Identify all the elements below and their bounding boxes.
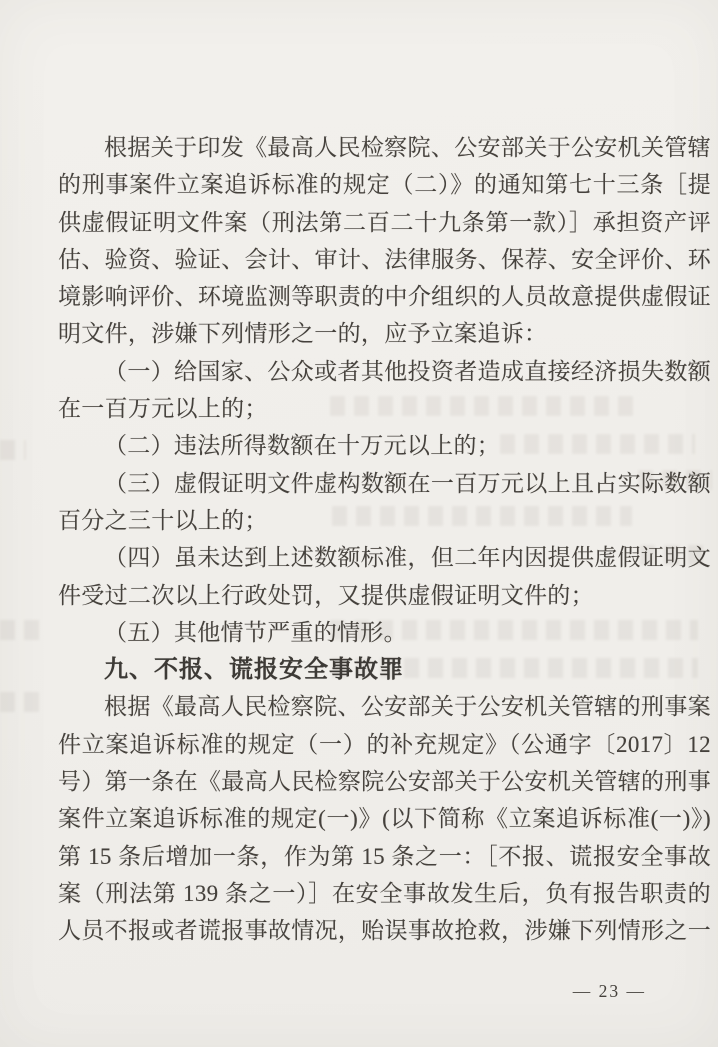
- text-line: 的刑事案件立案追诉标准的规定（二）》的通知第七十三条［提: [58, 166, 711, 203]
- text-line: 案件立案追诉标准的规定(一)》(以下简称《立案追诉标准(一)》): [58, 800, 711, 837]
- text-line: 根据关于印发《最高人民检察院、公安部关于公安机关管辖: [58, 129, 711, 166]
- text-line: 境影响评价、环境监测等职责的中介组织的人员故意提供虚假证: [58, 278, 711, 315]
- section-heading: 九、不报、谎报安全事故罪: [58, 651, 711, 688]
- bleedthrough-artifact: [0, 440, 26, 460]
- text-line: （二）违法所得数额在十万元以上的；: [58, 427, 711, 464]
- text-line: 案（刑法第 139 条之一）］在安全事故发生后，负有报告职责的: [58, 875, 711, 912]
- text-line: 百分之三十以上的；: [58, 502, 711, 539]
- text-line: 根据《最高人民检察院、公安部关于公安机关管辖的刑事案: [58, 688, 711, 725]
- text-line: 件立案追诉标准的规定（一）的补充规定》（公通字〔2017〕12: [58, 726, 711, 763]
- text-line: 在一百万元以上的；: [58, 390, 711, 427]
- text-line: 第 15 条后增加一条，作为第 15 条之一：［不报、谎报安全事故: [58, 838, 711, 875]
- bleedthrough-artifact: [0, 620, 42, 640]
- text-line: 人员不报或者谎报事故情况，贻误事故抢救，涉嫌下列情形之一: [58, 912, 711, 949]
- text-line: 号）第一条在《最高人民检察院公安部关于公安机关管辖的刑事: [58, 763, 711, 800]
- text-line: （一）给国家、公众或者其他投资者造成直接经济损失数额: [58, 353, 711, 390]
- text-line: （四）虽未达到上述数额标准，但二年内因提供虚假证明文: [58, 539, 711, 576]
- page-number: — 23 —: [573, 981, 646, 1002]
- document-text: 根据关于印发《最高人民检察院、公安部关于公安机关管辖的刑事案件立案追诉标准的规定…: [58, 129, 711, 950]
- text-line: 供虚假证明文件案（刑法第二百二十九条第一款）］承担资产评: [58, 204, 711, 241]
- text-line: （五）其他情节严重的情形。: [58, 614, 711, 651]
- bleedthrough-artifact: [0, 692, 40, 712]
- text-line: 估、验资、验证、会计、审计、法律服务、保荐、安全评价、环: [58, 241, 711, 278]
- text-line: （三）虚假证明文件虚构数额在一百万元以上且占实际数额: [58, 465, 711, 502]
- document-page: 根据关于印发《最高人民检察院、公安部关于公安机关管辖的刑事案件立案追诉标准的规定…: [0, 0, 718, 1047]
- text-line: 明文件，涉嫌下列情形之一的，应予立案追诉：: [58, 315, 711, 352]
- text-line: 件受过二次以上行政处罚，又提供虚假证明文件的；: [58, 577, 711, 614]
